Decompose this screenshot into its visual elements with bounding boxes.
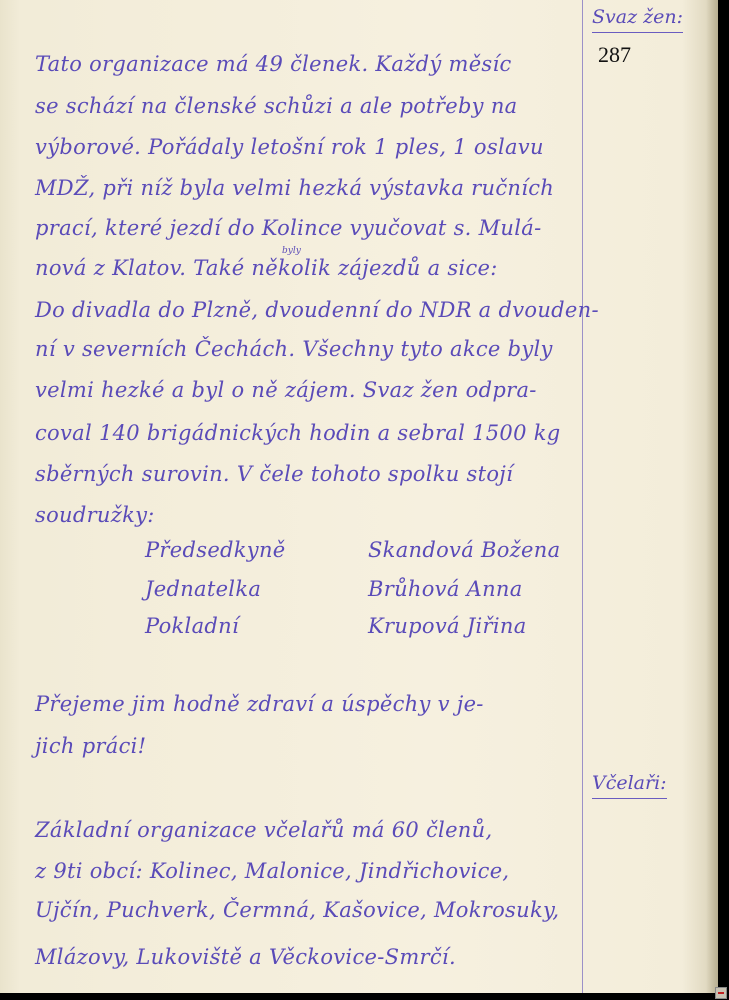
text-line: Tato organizace má 49 členek. Každý měsí…	[35, 52, 512, 76]
text-line: z 9ti obcí: Kolinec, Malonice, Jindřicho…	[35, 859, 509, 883]
text-line: jich práci!	[35, 734, 146, 758]
text-line: coval 140 brigádnických hodin a sebral 1…	[35, 421, 561, 445]
text-line: Do divadla do Plzně, dvoudenní do NDR a …	[35, 298, 599, 322]
text-line: MDŽ, při níž byla velmi hezká výstavka r…	[35, 176, 554, 200]
officer-name: Skandová Božena	[368, 538, 560, 562]
text-line: nová z Klatov. Také několik zájezdů a si…	[35, 256, 498, 280]
text-line: Základní organizace včelařů má 60 členů,	[35, 818, 492, 842]
text-line: velmi hezké a byl o ně zájem. Svaz žen o…	[35, 378, 537, 402]
text-line: výborové. Pořádaly letošní rok 1 ples, 1…	[35, 135, 544, 159]
text-line: Mlázovy, Lukoviště a Věckovice-Smrčí.	[35, 945, 456, 969]
officer-name: Krupová Jiřina	[368, 614, 527, 638]
text-line: sběrných surovin. V čele tohoto spolku s…	[35, 462, 513, 486]
section-heading-vcelari: Včelaři:	[592, 772, 667, 799]
officer-role: Pokladní	[145, 614, 239, 638]
officer-role: Jednatelka	[145, 577, 261, 601]
minimize-icon[interactable]	[715, 987, 727, 999]
page-number: 287	[598, 42, 631, 68]
insertion-note: byly	[282, 246, 301, 256]
officer-role: Předsedkyně	[145, 538, 286, 562]
text-line: ní v severních Čechách. Všechny tyto akc…	[35, 337, 553, 361]
text-line: soudružky:	[35, 503, 155, 527]
text-line: se schází na členské schůzi a ale potřeb…	[35, 94, 517, 118]
text-line: Ujčín, Puchverk, Čermná, Kašovice, Mokro…	[35, 898, 559, 922]
margin-divider	[582, 0, 583, 993]
text-line: Přejeme jim hodně zdraví a úspěchy v je-	[35, 692, 484, 716]
notebook-page: Svaz žen: 287 Včelaři: Tato organizace m…	[0, 0, 718, 993]
officer-name: Brůhová Anna	[368, 577, 523, 601]
section-heading-svaz-zen: Svaz žen:	[592, 6, 683, 33]
text-line: prací, které jezdí do Kolince vyučovat s…	[35, 216, 542, 240]
